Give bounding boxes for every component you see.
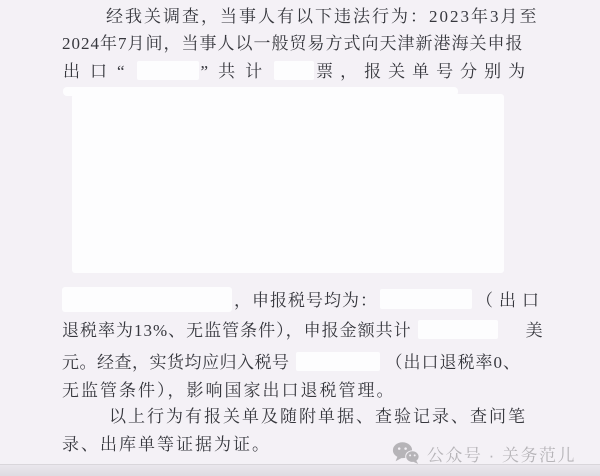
doc-line-3-seg3: 票，报关单号分别为	[316, 62, 532, 81]
doc-line-4-seg1: ，申报税号均为：	[234, 291, 378, 310]
doc-line-3: 出口“”共计票，报关单号分别为	[63, 61, 532, 83]
doc-line-7: 无监管条件），影响国家出口退税管理。	[62, 380, 396, 402]
watermark-text: 公众号 · 关务范儿	[427, 441, 576, 466]
redaction-box	[380, 289, 472, 309]
doc-line-4-seg2: （出口	[476, 291, 545, 310]
doc-line-2: 2024年7月间，当事人以一般贸易方式向天津新港海关申报	[62, 33, 524, 55]
doc-line-4: ，申报税号均为：（出口	[62, 287, 545, 312]
doc-line-8: 以上行为有报关单及随附单据、查验记录、查问笔	[109, 406, 527, 428]
wechat-icon	[392, 442, 420, 465]
page-bottom-edge	[0, 464, 600, 476]
doc-line-6-seg2: （出口退税率0、	[386, 353, 522, 372]
doc-line-6: 元。经查，实货均应归入税号（出口退税率0、	[62, 352, 521, 374]
document-page: 经我关调查，当事人有以下违法行为：2023年3月至 2024年7月间，当事人以一…	[0, 0, 600, 476]
redaction-box	[296, 352, 380, 371]
watermark: 公众号 · 关务范儿	[392, 441, 576, 466]
doc-line-1: 经我关调查，当事人有以下违法行为：2023年3月至	[106, 6, 539, 28]
doc-line-5-seg2: 美	[526, 321, 544, 340]
doc-line-5-seg1: 退税率为13%、无监管条件），申报金额共计	[62, 321, 412, 340]
doc-line-3-seg1: 出口“	[63, 62, 135, 81]
redaction-box	[62, 287, 232, 312]
redaction-box	[418, 320, 498, 339]
redaction-block	[72, 94, 504, 273]
doc-line-9: 录、出库单等证据为证。	[62, 434, 271, 456]
doc-line-3-seg2: ”共计	[201, 62, 273, 81]
redaction-box	[274, 61, 314, 80]
doc-line-5: 退税率为13%、无监管条件），申报金额共计美	[62, 320, 544, 342]
doc-line-6-seg1: 元。经查，实货均应归入税号	[62, 353, 290, 372]
redaction-box	[137, 61, 199, 80]
